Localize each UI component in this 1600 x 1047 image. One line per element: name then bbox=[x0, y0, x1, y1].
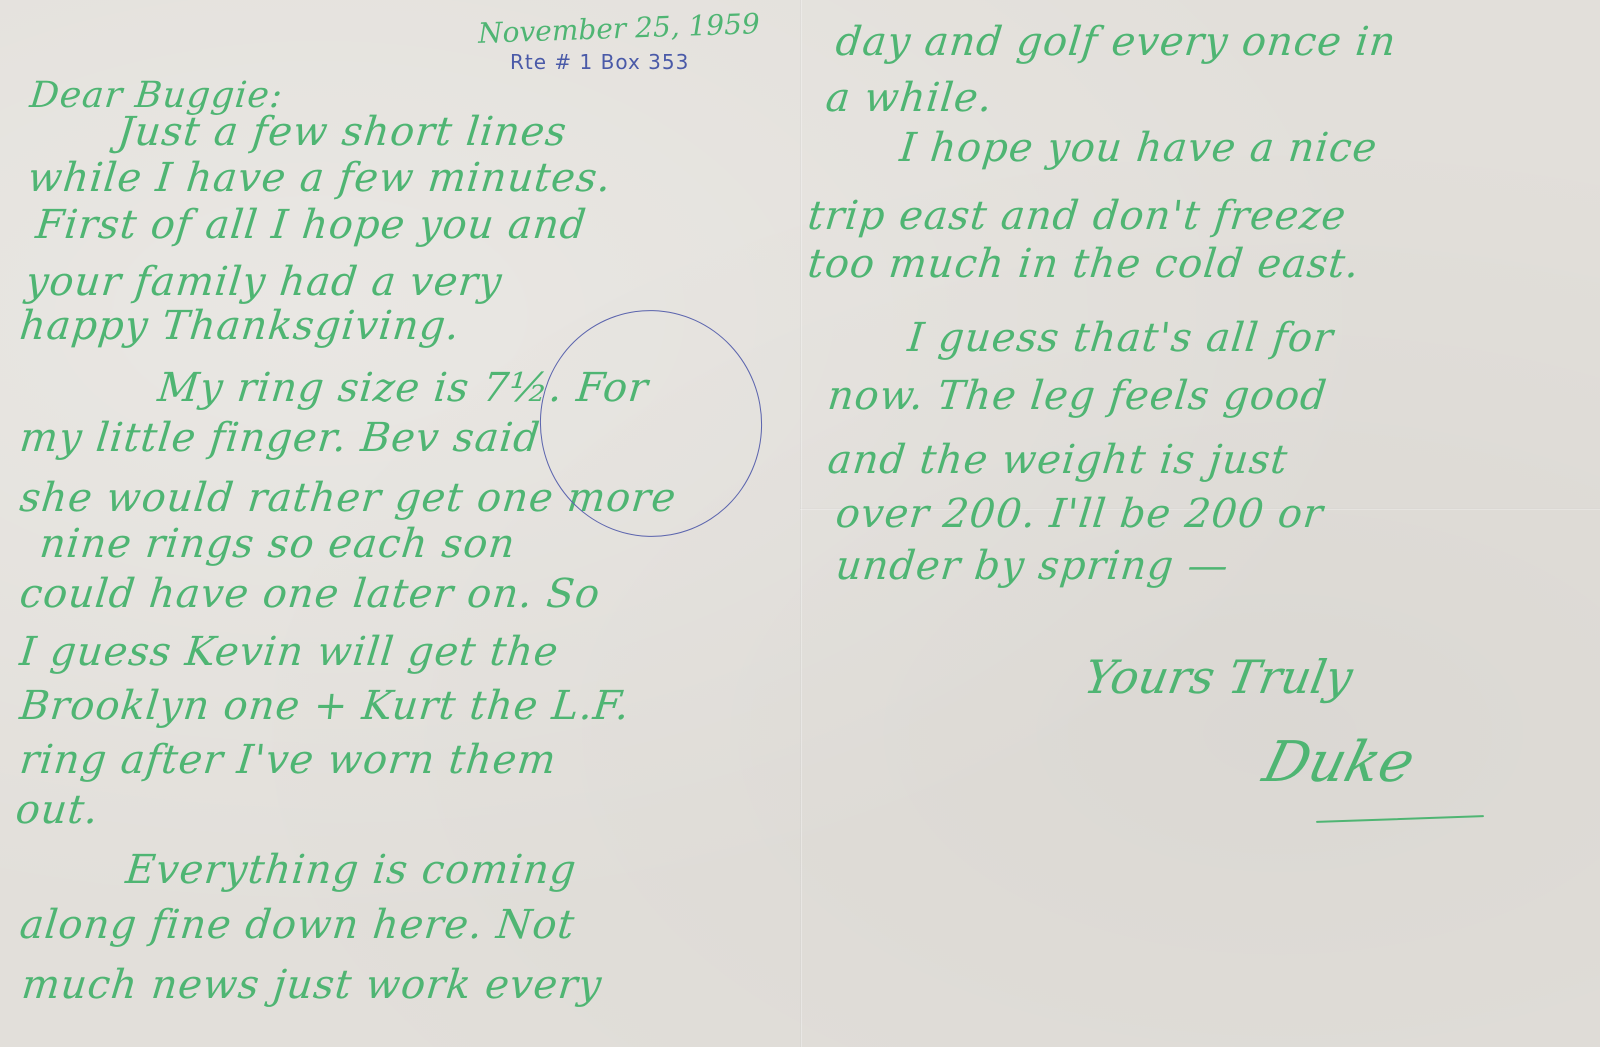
left-line: happy Thanksgiving. bbox=[18, 306, 462, 346]
left-line: Everything is coming bbox=[124, 850, 579, 890]
right-line: trip east and don't freeze bbox=[806, 196, 1349, 236]
signature-underline bbox=[1316, 815, 1484, 823]
letter-date: November 25, 1959 bbox=[478, 7, 761, 50]
right-line: too much in the cold east. bbox=[806, 244, 1362, 284]
signature: Duke bbox=[1257, 730, 1421, 795]
left-line: out. bbox=[14, 790, 101, 830]
left-line: could have one later on. So bbox=[18, 574, 602, 614]
right-line: day and golf every once in bbox=[834, 22, 1398, 62]
right-line: I guess that's all for bbox=[906, 318, 1336, 358]
left-line: along fine down here. Not bbox=[18, 905, 577, 945]
letter-page: November 25, 1959 Rte # 1 Box 353 Dear B… bbox=[0, 0, 1600, 1047]
left-line: my little finger. Bev said bbox=[18, 418, 542, 458]
left-line: while I have a few minutes. bbox=[26, 158, 614, 198]
paper-fold-vertical bbox=[800, 0, 802, 1047]
left-line: nine rings so each son bbox=[38, 524, 518, 564]
left-line: ring after I've worn them bbox=[18, 740, 559, 780]
closing: Yours Truly bbox=[1080, 650, 1356, 704]
left-line: I guess Kevin will get the bbox=[18, 632, 561, 672]
right-line: I hope you have a nice bbox=[898, 128, 1380, 168]
left-line: Just a few short lines bbox=[116, 112, 569, 152]
left-line: your family had a very bbox=[24, 262, 504, 302]
right-line: a while. bbox=[824, 78, 995, 118]
left-line: Brooklyn one + Kurt the L.F. bbox=[18, 686, 632, 726]
left-line: First of all I hope you and bbox=[34, 205, 589, 245]
right-line: under by spring — bbox=[834, 546, 1231, 586]
right-line: over 200. I'll be 200 or bbox=[834, 494, 1326, 534]
right-line: now. The leg feels good bbox=[826, 376, 1329, 416]
left-line: much news just work every bbox=[20, 965, 604, 1005]
right-line: and the weight is just bbox=[826, 440, 1290, 480]
address-note: Rte # 1 Box 353 bbox=[510, 50, 689, 74]
